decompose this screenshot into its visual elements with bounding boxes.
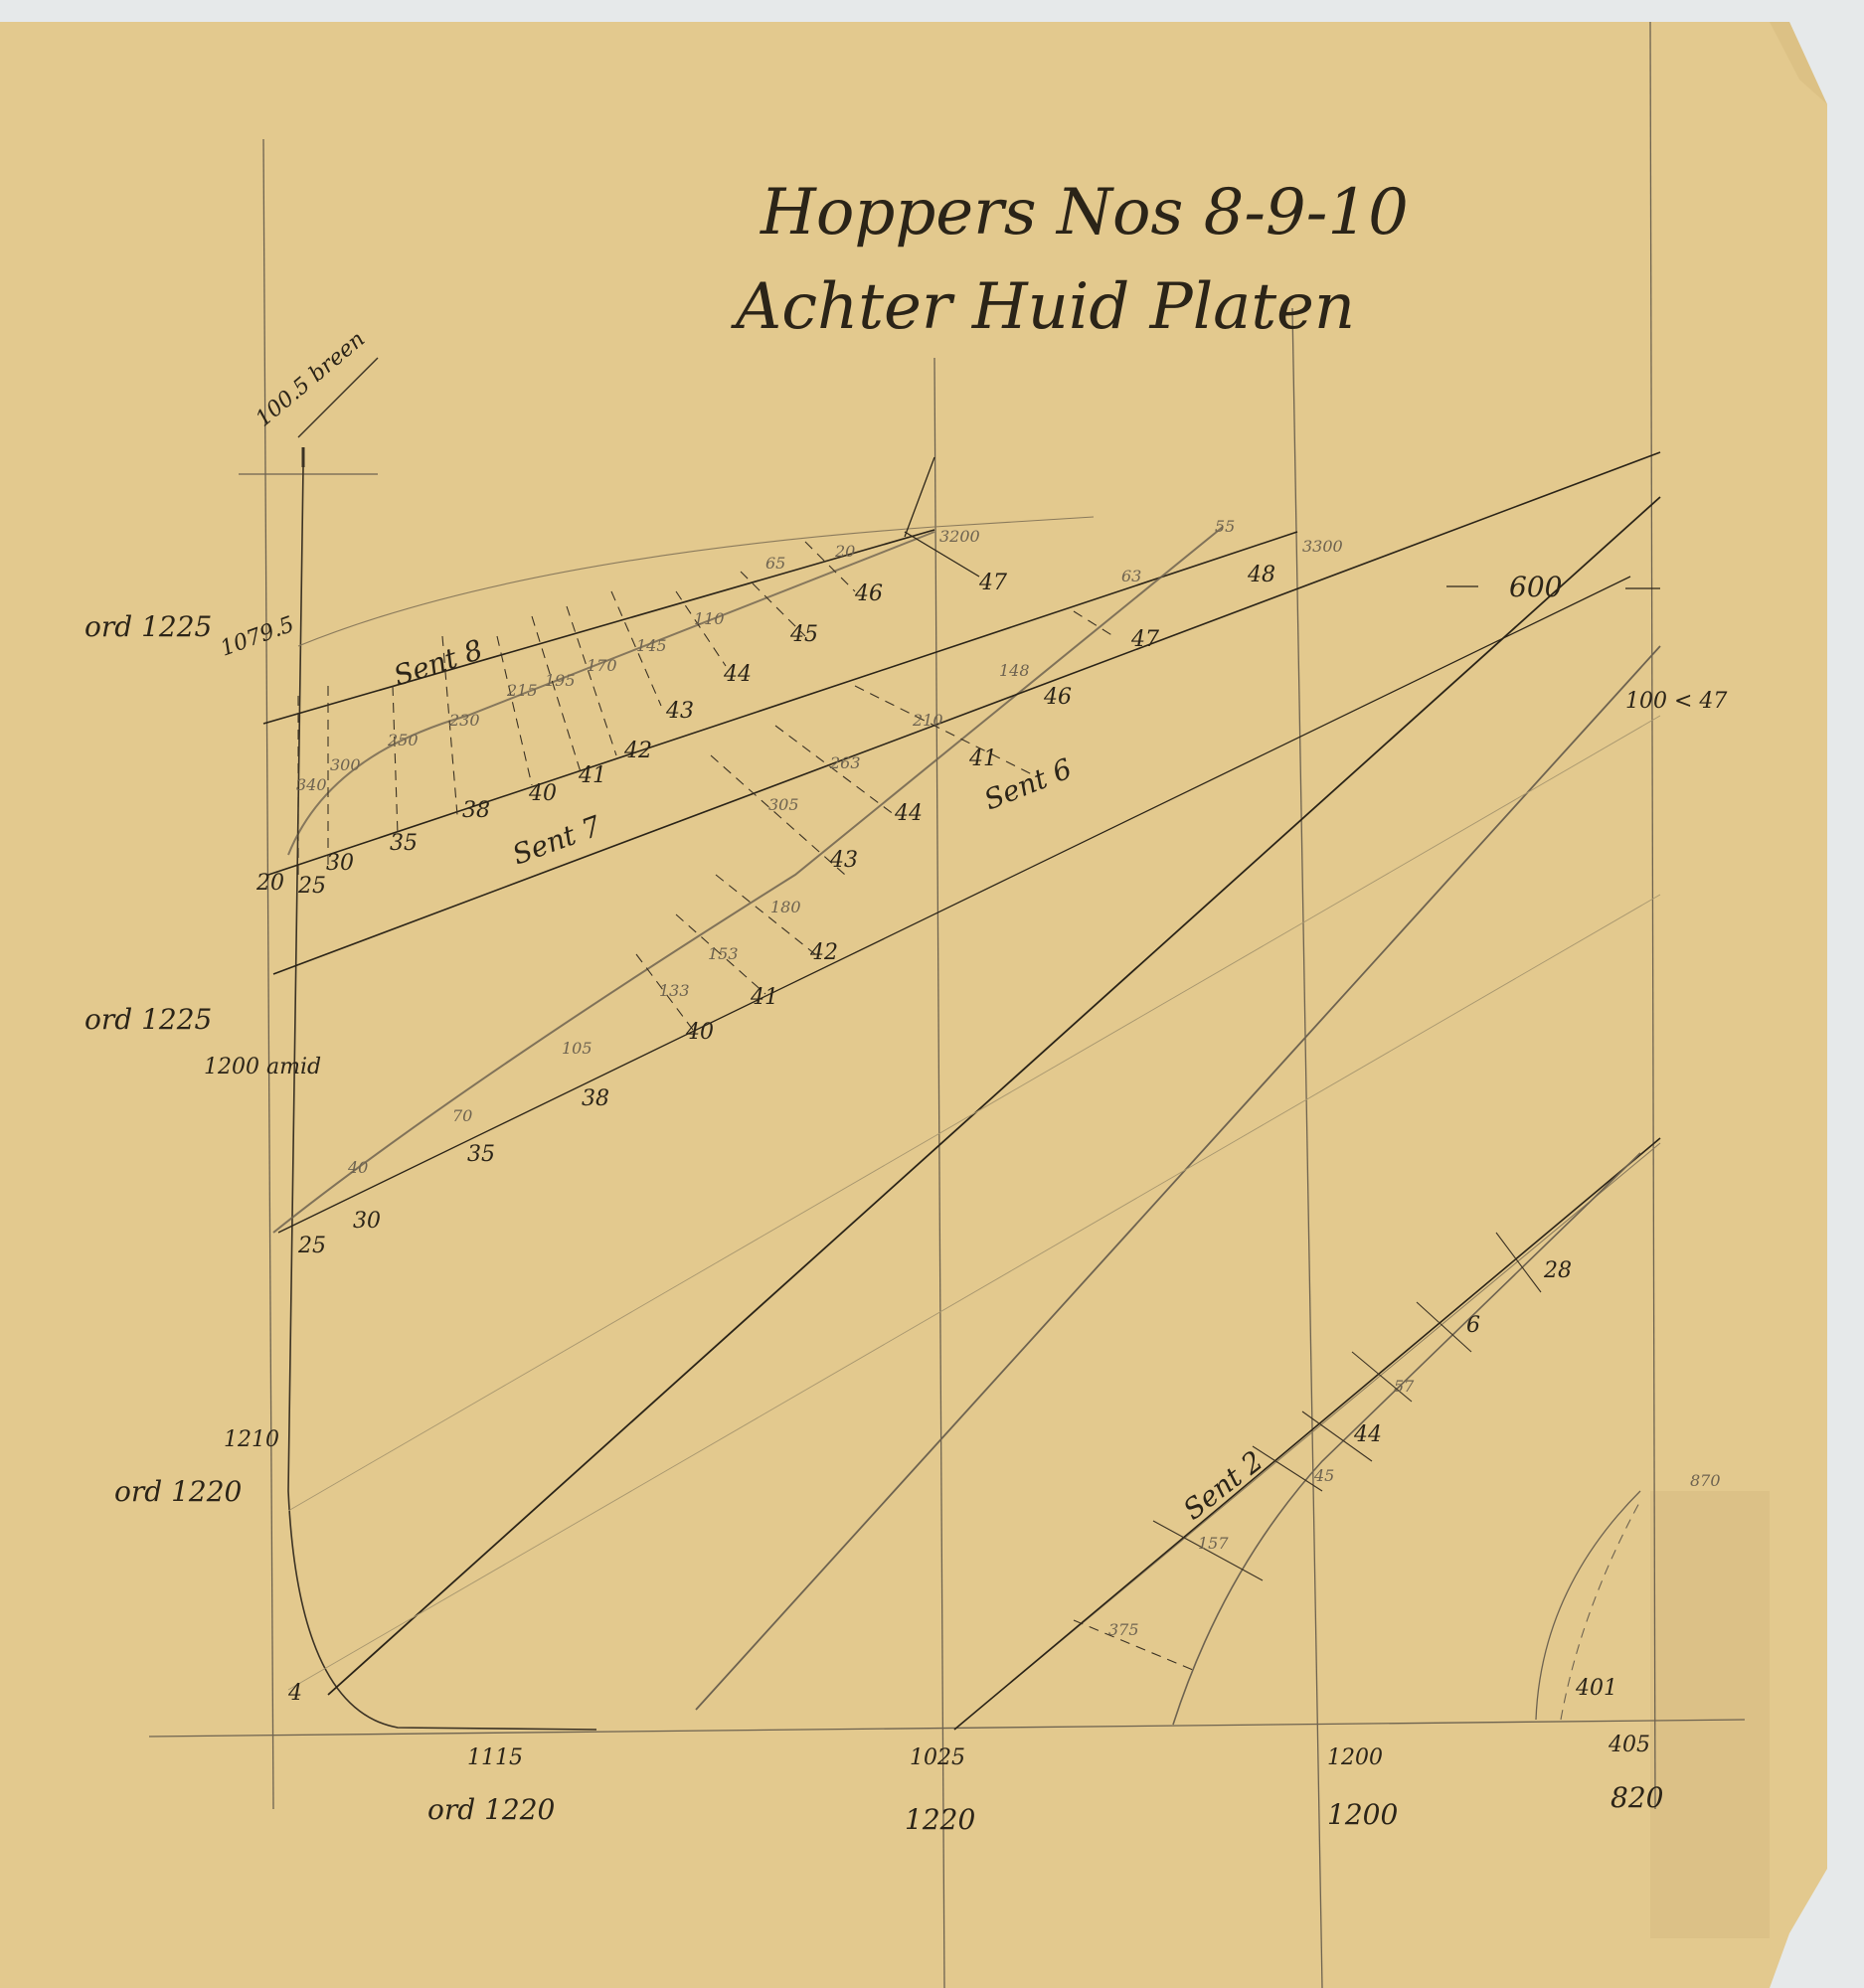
ord-1225-top: ord 1225 [85,610,212,643]
frame-label: 40 [528,781,557,806]
ord-label: 1220 [905,1803,975,1836]
frame-label: 40 [685,1020,714,1045]
faint-3200: 3200 [939,527,980,546]
title-line-1: Hoppers Nos 8-9-10 [760,176,1409,249]
width-label: 110 [694,609,725,628]
amid-1200: 1200 amid [204,1055,321,1079]
drawing-sheet: Hoppers Nos 8-9-10 Achter Huid Platen 10… [0,0,1864,1988]
width-label: 133 [659,981,690,1000]
width-label: 20 [834,542,855,561]
width-label: 148 [999,661,1030,680]
frame-label: 35 [467,1142,495,1167]
frame-label: 41 [968,746,997,771]
faint-3300: 3300 [1302,537,1343,556]
frame-label: 35 [390,831,418,856]
frame-label: 44 [723,662,752,687]
ord-label: 1200 [1327,1798,1398,1831]
technical-drawing: Hoppers Nos 8-9-10 Achter Huid Platen 10… [0,0,1864,1988]
width-label: 250 [387,731,419,749]
label-4: 4 [287,1681,302,1706]
label-1210: 1210 [224,1427,279,1452]
frame-label: 28 [1543,1258,1572,1283]
frame-label: 6 [1466,1313,1480,1338]
dim-100-47: 100 < 47 [1625,689,1727,714]
width-label: 305 [768,795,799,814]
frame-label: 41 [750,985,778,1010]
width-label: 180 [770,898,801,916]
axis-label: 405 [1608,1733,1650,1757]
width-label: 153 [708,944,739,963]
frame-label: 38 [462,798,490,823]
frame-label: 42 [623,739,652,763]
frame-label: 25 [297,874,326,899]
frame-label: 42 [809,940,838,965]
frame-label: 38 [582,1086,609,1111]
frame-label: 48 [1247,563,1275,587]
width-label: 57 [1394,1377,1415,1396]
width-label: 300 [330,755,361,774]
width-label: 40 [347,1158,368,1177]
frame-label: 45 [1313,1466,1334,1485]
width-label: 63 [1121,567,1141,585]
width-label: 340 [296,775,327,794]
frame-label: 45 [789,622,818,647]
width-label: 157 [1198,1534,1229,1553]
width-label: 55 [1215,517,1235,536]
title-line-2: Achter Huid Platen [731,270,1355,344]
frame-label: 44 [894,801,923,826]
width-label: 263 [829,753,861,772]
width-label: 210 [912,711,943,730]
width-label: 170 [587,656,617,675]
width-label: 70 [452,1106,472,1125]
frame-label: 30 [353,1209,381,1234]
frame-label: 47 [1130,627,1159,652]
frame-label: 43 [665,699,694,724]
dim-600: 600 [1509,571,1562,603]
faint-870: 870 [1690,1471,1721,1490]
frame-label: 47 [978,571,1007,595]
width-label: 375 [1108,1620,1139,1639]
width-label: 230 [448,711,480,730]
width-label: 65 [765,554,785,573]
width-label: 195 [545,671,576,690]
axis-label: 1025 [910,1745,965,1770]
frame-label: 20 [255,871,284,896]
ord-1225-mid: ord 1225 [85,1003,212,1036]
axis-label: 401 [1575,1676,1617,1701]
frame-label: 43 [829,848,858,873]
width-label: 215 [506,681,538,700]
frame-label: 25 [297,1234,326,1258]
axis-label: 1200 [1327,1745,1383,1770]
frame-label: 41 [578,763,606,788]
ord-1220-bottom: ord 1220 [427,1793,555,1826]
frame-label: 46 [1043,685,1072,710]
frame-label: 30 [326,851,354,876]
frame-label: 44 [1353,1422,1382,1447]
width-label: 105 [562,1039,593,1058]
axis-label: 1115 [467,1745,523,1770]
ord-label: 820 [1610,1781,1663,1814]
width-label: 145 [636,636,667,655]
frame-label: 46 [854,581,883,606]
ord-1220-left: ord 1220 [114,1475,242,1508]
